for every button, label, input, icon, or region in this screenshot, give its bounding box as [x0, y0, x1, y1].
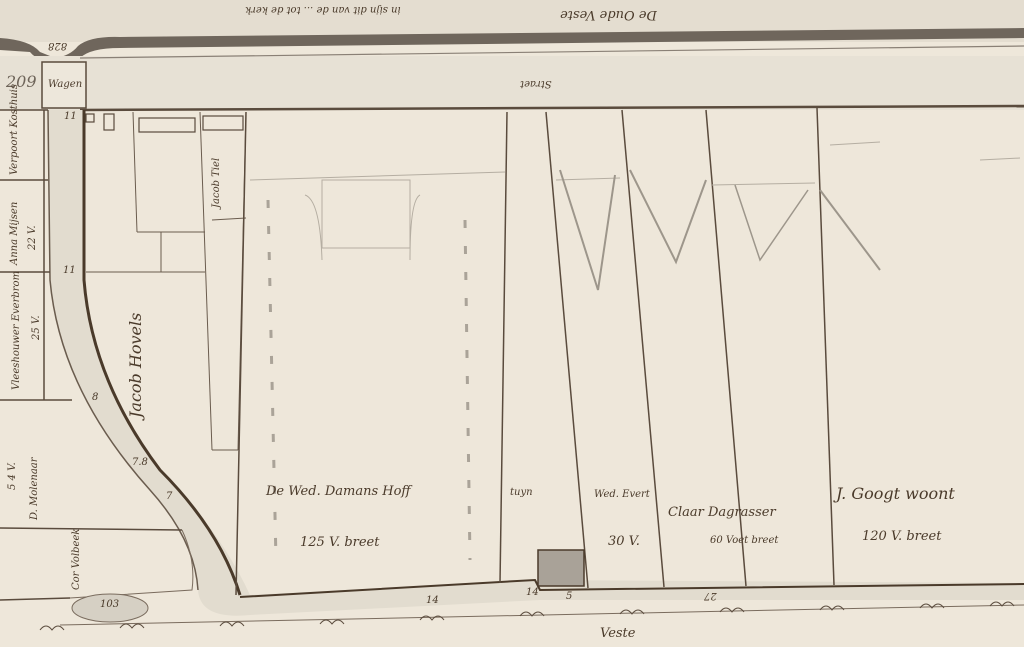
road-number: 11: [63, 266, 76, 276]
lot-note-tuyn: tuyn: [510, 488, 533, 498]
left-lot-4: D. Molenaar: [30, 457, 40, 520]
road-number: 11: [64, 112, 77, 122]
top-water-label: De Oude Veste: [560, 8, 657, 21]
top-water-note: in sijn dit van de ... tot de kerk: [245, 4, 401, 14]
road-number: 5: [566, 592, 572, 602]
road-number: 8: [92, 393, 98, 403]
bottom-water-label: Veste: [600, 627, 635, 640]
left-lot-3: Vleeshouwer Everbrom: [12, 271, 22, 390]
left-lot-1: Verpoort Kosthuis: [10, 84, 20, 175]
lot-owner-evert: Wed. Evert: [594, 490, 650, 500]
road-number: 7: [166, 492, 172, 502]
left-lot-3-width: 25 V.: [32, 315, 42, 340]
road-number: 27: [704, 590, 717, 600]
historic-map: De Oude Veste in sijn dit van de ... tot…: [0, 0, 1024, 647]
street-label: Straet: [520, 78, 552, 88]
corner-number: 828: [48, 40, 67, 50]
lot-width-evert: 30 V.: [608, 535, 640, 548]
corner-lot-label: Wagen: [48, 80, 82, 90]
lot-owner-jacob-hovels: Jacob Hovels: [128, 313, 144, 418]
map-drawing: [0, 0, 1024, 647]
road-number: 14: [426, 596, 439, 606]
road-number: 7.8: [132, 458, 148, 468]
road-number: 14: [526, 588, 539, 598]
lot-owner-claar: Claar Dagrasser: [668, 506, 776, 519]
left-lot-2: Anna Mijsen: [10, 202, 20, 265]
left-lot-4-width: 5 4 V.: [8, 462, 18, 490]
lot-owner-damans-hoff: De Wed. Damans Hoff: [266, 485, 411, 498]
lot-width-damans-hoff: 125 V. breet: [300, 536, 379, 549]
left-lot-2-width: 22 V.: [28, 225, 38, 250]
lot-width-claar: 60 Voet breet: [710, 536, 778, 546]
lot-width-googt: 120 V. breet: [862, 530, 941, 543]
lot-owner-googt: J. Googt woont: [836, 486, 955, 502]
road-number: 103: [100, 600, 119, 610]
left-lot-5: Cor Volbeek: [72, 529, 82, 590]
lot-owner-jacob-tiel: Jacob Tiel: [212, 158, 222, 208]
